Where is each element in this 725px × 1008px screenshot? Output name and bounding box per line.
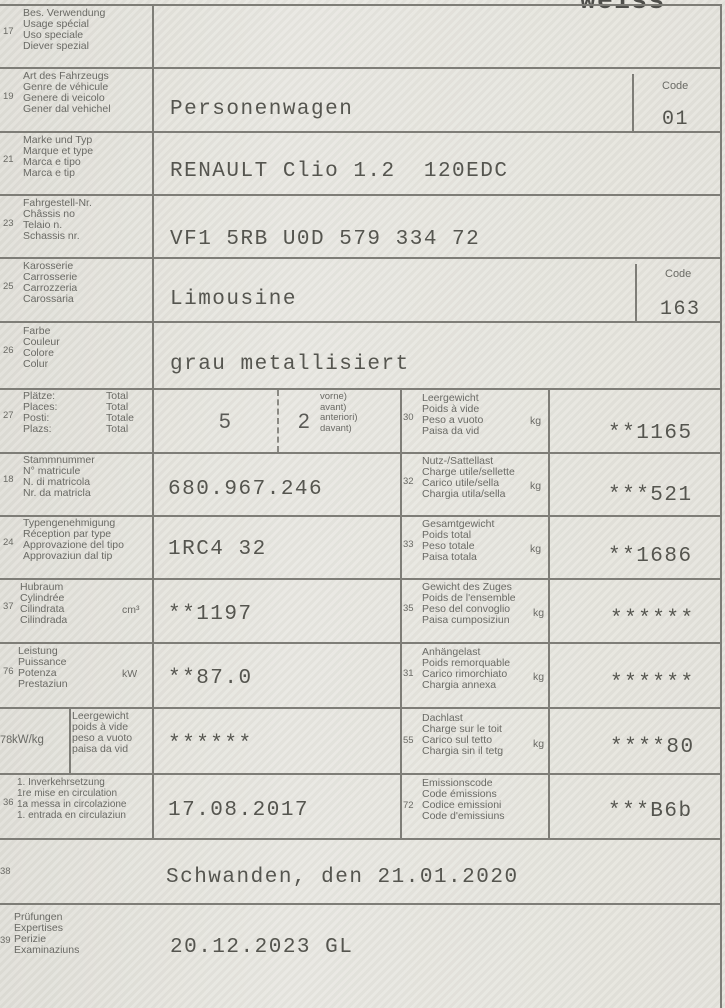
field-number: 24 <box>3 537 14 548</box>
code-label: Code <box>665 268 691 280</box>
field-number: 25 <box>3 281 14 292</box>
unit-label: kg <box>530 480 541 492</box>
field-label-seats-total: TotalTotalTotaleTotal <box>106 391 134 435</box>
body-type-code: 163 <box>660 298 701 321</box>
vehicle-registration-document: weiss 17 Bes. VerwendungUsage spécialUso… <box>0 0 725 1008</box>
vehicle-type-code: 01 <box>662 108 689 131</box>
field-label-usage: Bes. VerwendungUsage spécialUso speciale… <box>23 8 105 52</box>
field-label-power: LeistungPuissancePotenzaPrestaziun <box>18 646 68 690</box>
unit-label: kW <box>122 668 137 680</box>
column-divider <box>400 388 402 838</box>
field-label-payload: Nutz-/SattellastCharge utile/selletteCar… <box>422 456 515 500</box>
field-number: 55 <box>403 735 414 746</box>
field-label-chassis: Fahrgestell-Nr.Châssis noTelaio n.Schass… <box>23 198 92 242</box>
column-divider <box>152 4 154 838</box>
field-number: 35 <box>403 603 414 614</box>
first-registration-value: 17.08.2017 <box>168 799 309 822</box>
vehicle-type-value: Personenwagen <box>170 98 353 121</box>
unit-label: kg <box>530 543 541 555</box>
unit-label: kg <box>533 671 544 683</box>
field-number: 78 <box>0 734 12 746</box>
empty-weight-value: **1165 <box>608 422 693 445</box>
power-value: **87.0 <box>168 667 253 690</box>
towing-load-value: ****** <box>610 672 695 695</box>
train-weight-value: ****** <box>610 608 695 631</box>
field-label-inspections: PrüfungenExpertisesPerizieExaminaziuns <box>14 912 79 956</box>
field-number: 37 <box>3 601 14 612</box>
field-label-towing-load: AnhängelastPoids remorquableCarico rimor… <box>422 647 510 691</box>
field-number: 18 <box>3 474 14 485</box>
power-to-weight-value: ****** <box>168 733 253 756</box>
color-word-header: weiss <box>580 0 666 16</box>
divider <box>0 4 722 6</box>
code-divider <box>635 264 637 323</box>
field-label-make-model: Marke und TypMarque et typeMarca e tipoM… <box>23 135 93 179</box>
inspection-value: 20.12.2023 GL <box>170 936 353 959</box>
field-number: 23 <box>3 218 14 229</box>
divider <box>0 131 722 133</box>
field-label-vehicle-type: Art des FahrzeugsGenre de véhiculeGenere… <box>23 71 111 115</box>
field-label-seats: Plätze:Places:Posti:Plazs: <box>23 391 57 435</box>
place-date-value: Schwanden, den 21.01.2020 <box>166 866 519 889</box>
column-divider <box>548 388 550 838</box>
field-number: 32 <box>403 476 414 487</box>
field-number: 72 <box>403 800 414 811</box>
field-number: 27 <box>3 410 14 421</box>
chassis-number-value: VF1 5RB U0D 579 334 72 <box>170 228 480 251</box>
unit-label: kg <box>530 415 541 427</box>
field-number: 19 <box>3 91 14 102</box>
divider <box>0 773 722 775</box>
field-label-train-weight: Gewicht des ZugesPoids de l'ensemblePeso… <box>422 582 516 626</box>
roof-load-value: ****80 <box>610 736 695 759</box>
emission-code-value: ***B6b <box>608 800 693 823</box>
field-number: 17 <box>3 26 14 37</box>
field-label-body: KarosserieCarrosserieCarrozzeriaCarossar… <box>23 261 77 305</box>
payload-value: ***521 <box>608 484 693 507</box>
field-label-seats-front: vorne)avant)anteriori)davant) <box>320 392 358 434</box>
field-number: 36 <box>3 797 14 808</box>
dashed-divider <box>277 390 279 452</box>
body-type-value: Limousine <box>170 288 297 311</box>
field-label-emission-code: EmissionscodeCode émissionsCodice emissi… <box>422 778 505 822</box>
field-number: 33 <box>403 539 414 550</box>
divider <box>0 257 722 259</box>
field-label-master-number: StammnummerN° matriculeN. di matricolaNr… <box>23 455 95 499</box>
field-label-empty-weight: LeergewichtPoids à videPeso a vuotoPaisa… <box>422 393 483 437</box>
divider <box>0 321 722 323</box>
field-number: 26 <box>3 345 14 356</box>
field-label-gross-weight: GesamtgewichtPoids totalPeso totalePaisa… <box>422 519 494 563</box>
column-divider <box>720 4 722 1008</box>
make-model-value: RENAULT Clio 1.2 120EDC <box>170 160 508 183</box>
divider <box>0 707 722 709</box>
field-number: 39 <box>0 935 11 946</box>
unit-label: cm³ <box>122 604 140 616</box>
seats-front-value: 2 <box>298 410 310 434</box>
field-label-color: FarbeCouleurColoreColur <box>23 326 60 370</box>
unit-label: kg <box>533 738 544 750</box>
field-number: 30 <box>403 412 414 423</box>
gross-weight-value: **1686 <box>608 545 693 568</box>
code-divider <box>632 74 634 133</box>
code-label: Code <box>662 80 688 92</box>
field-number: 21 <box>3 154 14 165</box>
unit-label: kg <box>533 607 544 619</box>
divider <box>0 452 722 454</box>
field-number: 76 <box>3 666 14 677</box>
type-approval-value: 1RC4 32 <box>168 538 267 561</box>
master-number-value: 680.967.246 <box>168 478 323 501</box>
field-label-roof-load: DachlastCharge sur le toitCarico sul tet… <box>422 713 503 757</box>
field-label-first-registration: 1. Inverkehrsetzung1re mise en circulati… <box>17 777 127 821</box>
column-divider <box>69 707 71 773</box>
divider <box>0 578 722 580</box>
field-label-power-to-weight: Leergewichtpoids à videpeso a vuotopaisa… <box>72 711 132 755</box>
divider <box>0 838 722 840</box>
field-number: 38 <box>0 866 11 877</box>
divider <box>0 642 722 644</box>
color-value: grau metallisiert <box>170 353 410 376</box>
divider <box>0 194 722 196</box>
field-label-displacement: HubraumCylindréeCilindrataCilindrada <box>20 582 67 626</box>
unit-label: kW/kg <box>12 734 44 746</box>
seats-total-value: 5 <box>219 410 231 434</box>
divider <box>0 67 722 69</box>
divider <box>0 903 722 905</box>
field-label-type-approval: TypengenehmigungRéception par typeApprov… <box>23 518 124 562</box>
field-number: 31 <box>403 668 414 679</box>
displacement-value: **1197 <box>168 603 253 626</box>
